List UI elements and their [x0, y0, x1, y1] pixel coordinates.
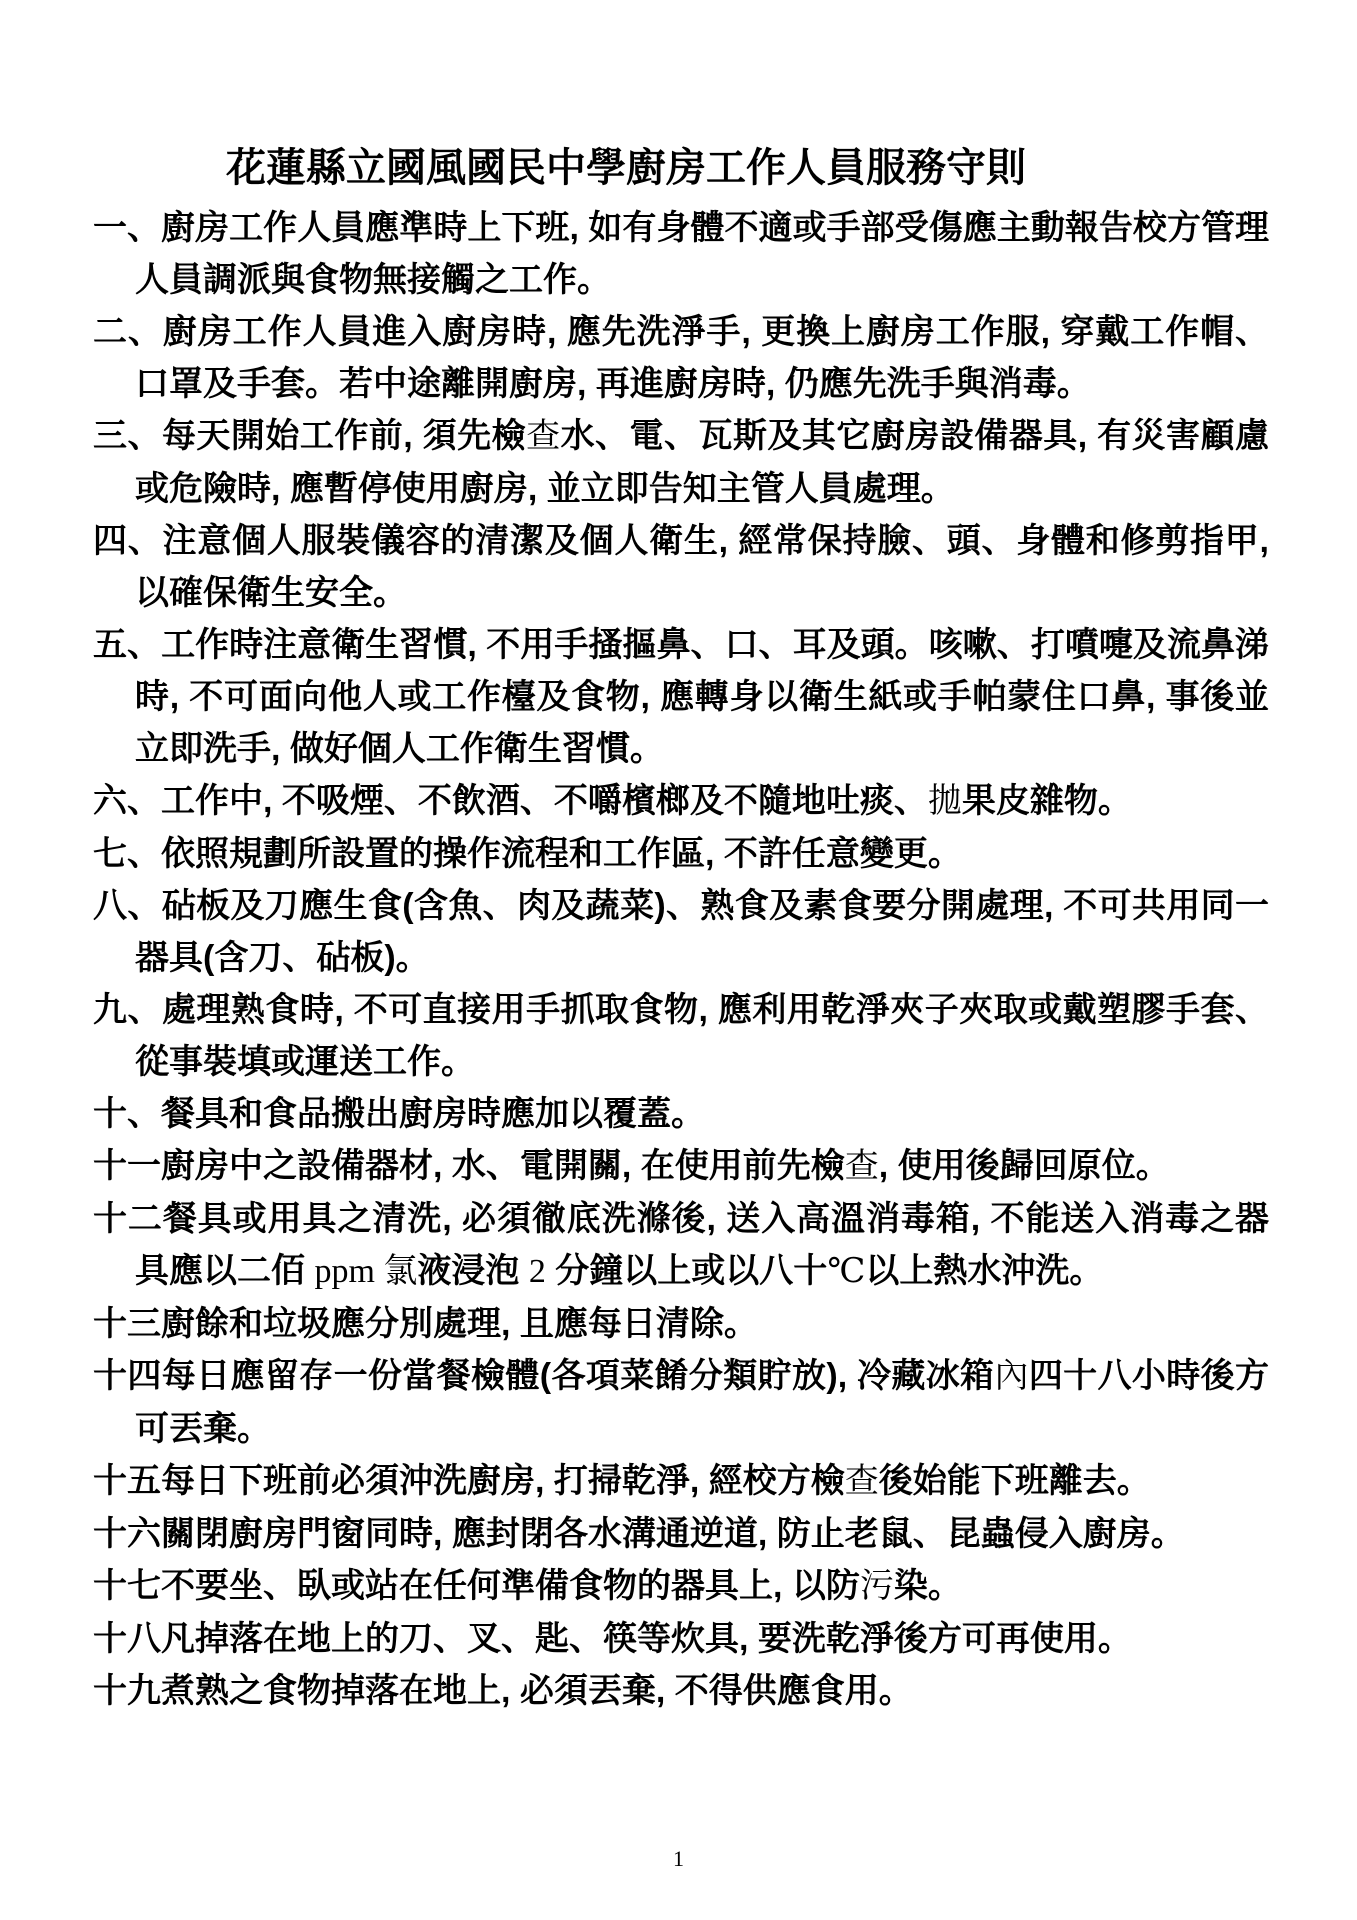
rule-number: 一、: [93, 209, 161, 247]
rule-number: 十二: [93, 1200, 163, 1238]
rule-number: 八、: [93, 887, 162, 925]
rule-number: 二、: [93, 313, 163, 351]
rule-text: 廚房工作人員進入廚房時, 應先洗淨手, 更換上廚房工作服, 穿戴工作帽、口罩及手…: [135, 313, 1269, 403]
rule-number: 四、: [93, 522, 163, 560]
rule-number: 十七: [93, 1567, 161, 1605]
rule-item: 十四每日應留存一份當餐檢體(各項菜餚分類貯放), 冷藏冰箱內四十八小時後方可丟棄…: [93, 1350, 1269, 1455]
rule-text: 廚房中之設備器材, 水、電開關, 在使用前先檢查, 使用後歸回原位。: [161, 1147, 1170, 1185]
rule-item: 十九煮熟之食物掉落在地上, 必須丟棄, 不得供應食用。: [93, 1665, 1269, 1717]
rule-item: 四、注意個人服裝儀容的清潔及個人衛生, 經常保持臉、頭、身體和修剪指甲, 以確保…: [93, 515, 1269, 619]
rule-item: 八、砧板及刀應生食(含魚、肉及蔬菜)、熟食及素食要分開處理, 不可共用同一器具(…: [93, 880, 1269, 984]
document-page: 花蓮縣立國風國民中學廚房工作人員服務守則 一、廚房工作人員應準時上下班, 如有身…: [0, 0, 1357, 1920]
rule-text: 砧板及刀應生食(含魚、肉及蔬菜)、熟食及素食要分開處理, 不可共用同一器具(含刀…: [135, 887, 1269, 977]
rule-item: 一、廚房工作人員應準時上下班, 如有身體不適或手部受傷應主動報告校方管理人員調派…: [93, 202, 1269, 306]
rule-text: 工作中, 不吸煙、不飲酒、不嚼檳榔及不隨地吐痰、拋果皮雜物。: [161, 782, 1132, 820]
rule-number: 九、: [93, 991, 162, 1029]
rule-number: 五、: [93, 626, 161, 664]
rule-item: 十二餐具或用具之清洗, 必須徹底洗滌後, 送入高溫消毒箱, 不能送入消毒之器具應…: [93, 1193, 1269, 1298]
rule-item: 九、處理熟食時, 不可直接用手抓取食物, 應利用乾淨夾子夾取或戴塑膠手套、從事裝…: [93, 984, 1269, 1088]
rule-number: 六、: [93, 782, 161, 820]
rule-text: 每日下班前必須沖洗廚房, 打掃乾淨, 經校方檢查後始能下班離去。: [161, 1462, 1151, 1500]
rule-item: 二、廚房工作人員進入廚房時, 應先洗淨手, 更換上廚房工作服, 穿戴工作帽、口罩…: [93, 306, 1269, 410]
rule-number: 十三: [93, 1305, 161, 1343]
rule-item: 十三廚餘和垃圾應分別處理, 且應每日清除。: [93, 1298, 1269, 1350]
rule-text: 注意個人服裝儀容的清潔及個人衛生, 經常保持臉、頭、身體和修剪指甲, 以確保衛生…: [135, 522, 1269, 612]
rule-text: 凡掉落在地上的刀、叉、匙、筷等炊具, 要洗乾淨後方可再使用。: [161, 1620, 1132, 1658]
rule-number: 十六: [93, 1515, 161, 1553]
rule-text: 不要坐、臥或站在任何準備食物的器具上, 以防污染。: [161, 1567, 962, 1605]
rule-item: 十一廚房中之設備器材, 水、電開關, 在使用前先檢查, 使用後歸回原位。: [93, 1140, 1269, 1193]
rules-list: 一、廚房工作人員應準時上下班, 如有身體不適或手部受傷應主動報告校方管理人員調派…: [93, 202, 1269, 1717]
rule-number: 十、: [93, 1095, 161, 1133]
page-number: 1: [0, 1846, 1357, 1872]
rule-item: 三、每天開始工作前, 須先檢查水、電、瓦斯及其它廚房設備器具, 有災害顧慮或危險…: [93, 410, 1269, 515]
rule-item: 七、依照規劃所設置的操作流程和工作區, 不許任意變更。: [93, 828, 1269, 880]
rule-number: 十八: [93, 1620, 161, 1658]
rule-item: 十七不要坐、臥或站在任何準備食物的器具上, 以防污染。: [93, 1560, 1269, 1613]
rule-item: 十六關閉廚房門窗同時, 應封閉各水溝通逆道, 防止老鼠、昆蟲侵入廚房。: [93, 1508, 1269, 1560]
rule-number: 十四: [93, 1357, 162, 1395]
rule-text: 廚房工作人員應準時上下班, 如有身體不適或手部受傷應主動報告校方管理人員調派與食…: [135, 209, 1269, 299]
rule-text: 關閉廚房門窗同時, 應封閉各水溝通逆道, 防止老鼠、昆蟲侵入廚房。: [161, 1515, 1185, 1553]
rule-number: 三、: [93, 417, 162, 455]
rule-text: 每天開始工作前, 須先檢查水、電、瓦斯及其它廚房設備器具, 有災害顧慮或危險時,…: [135, 417, 1269, 508]
rule-text: 依照規劃所設置的操作流程和工作區, 不許任意變更。: [161, 835, 962, 873]
rule-text: 工作時注意衛生習慣, 不用手搔摳鼻、口、耳及頭。咳嗽、打噴嚏及流鼻涕時, 不可面…: [135, 626, 1269, 768]
rule-text: 處理熟食時, 不可直接用手抓取食物, 應利用乾淨夾子夾取或戴塑膠手套、從事裝填或…: [135, 991, 1269, 1081]
rule-text: 廚餘和垃圾應分別處理, 且應每日清除。: [161, 1305, 758, 1343]
rule-text: 每日應留存一份當餐檢體(各項菜餚分類貯放), 冷藏冰箱內四十八小時後方可丟棄。: [135, 1357, 1269, 1448]
rule-text: 煮熟之食物掉落在地上, 必須丟棄, 不得供應食用。: [161, 1672, 913, 1710]
rule-text: 餐具或用具之清洗, 必須徹底洗滌後, 送入高溫消毒箱, 不能送入消毒之器具應以二…: [135, 1200, 1269, 1290]
rule-number: 十五: [93, 1462, 161, 1500]
rule-number: 七、: [93, 835, 161, 873]
document-title: 花蓮縣立國風國民中學廚房工作人員服務守則: [0, 0, 1357, 192]
rule-item: 十八凡掉落在地上的刀、叉、匙、筷等炊具, 要洗乾淨後方可再使用。: [93, 1613, 1269, 1665]
rule-item: 五、工作時注意衛生習慣, 不用手搔摳鼻、口、耳及頭。咳嗽、打噴嚏及流鼻涕時, 不…: [93, 619, 1269, 775]
rule-item: 六、工作中, 不吸煙、不飲酒、不嚼檳榔及不隨地吐痰、拋果皮雜物。: [93, 775, 1269, 828]
rule-text: 餐具和食品搬出廚房時應加以覆蓋。: [161, 1095, 705, 1133]
rule-item: 十五每日下班前必須沖洗廚房, 打掃乾淨, 經校方檢查後始能下班離去。: [93, 1455, 1269, 1508]
rule-number: 十九: [93, 1672, 161, 1710]
rule-number: 十一: [93, 1147, 161, 1185]
rule-item: 十、餐具和食品搬出廚房時應加以覆蓋。: [93, 1088, 1269, 1140]
